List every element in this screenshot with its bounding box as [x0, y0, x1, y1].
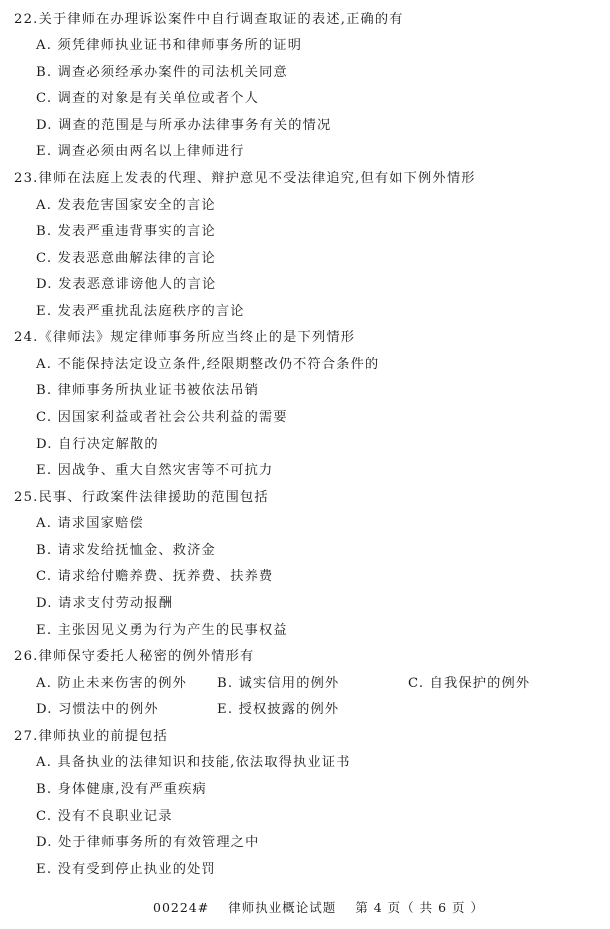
exam-page: 22.关于律师在办理诉讼案件中自行调查取证的表述,正确的有 A. 须凭律师执业证… [0, 0, 610, 929]
option-23-e: E. 发表严重扰乱法庭秩序的言论 [36, 303, 245, 321]
option-24-a: A. 不能保持法定设立条件,经限期整改仍不符合条件的 [36, 356, 379, 374]
question-number: 24. [14, 330, 39, 345]
option-22-b: B. 调查必须经承办案件的司法机关同意 [36, 64, 288, 82]
page-footer: 00224# 律师执业概论试题 第 4 页（ 共 6 页 ） [153, 899, 498, 917]
question-25-stem: 25.民事、行政案件法律援助的范围包括 [14, 489, 269, 507]
exam-title: 律师执业概论试题 [228, 900, 336, 915]
exam-code: 00224# [153, 900, 209, 915]
option-25-d: D. 请求支付劳动报酬 [36, 595, 173, 613]
option-24-c: C. 因国家利益或者社会公共利益的需要 [36, 409, 288, 427]
option-22-c: C. 调查的对象是有关单位或者个人 [36, 90, 259, 108]
question-number: 25. [14, 490, 39, 505]
option-27-d: D. 处于律师事务所的有效管理之中 [36, 834, 260, 852]
question-26-stem: 26.律师保守委托人秘密的例外情形有 [14, 648, 254, 666]
option-22-e: E. 调查必须由两名以上律师进行 [36, 143, 245, 161]
option-27-b: B. 身体健康,没有严重疾病 [36, 781, 207, 799]
option-27-e: E. 没有受到停止执业的处罚 [36, 861, 216, 879]
question-24-stem: 24.《律师法》规定律师事务所应当终止的是下列情形 [14, 329, 355, 347]
question-22-stem: 22.关于律师在办理诉讼案件中自行调查取证的表述,正确的有 [14, 11, 404, 29]
question-number: 23. [14, 171, 39, 186]
question-text: 律师在法庭上发表的代理、辩护意见不受法律追究,但有如下例外情形 [39, 171, 476, 186]
option-23-b: B. 发表严重违背事实的言论 [36, 223, 216, 241]
question-27-stem: 27.律师执业的前提包括 [14, 728, 168, 746]
question-text: 关于律师在办理诉讼案件中自行调查取证的表述,正确的有 [39, 12, 404, 27]
option-26-c: C. 自我保护的例外 [408, 675, 530, 693]
question-number: 22. [14, 12, 39, 27]
question-number: 27. [14, 729, 39, 744]
option-25-a: A. 请求国家赔偿 [36, 515, 144, 533]
option-24-d: D. 自行决定解散的 [36, 436, 159, 454]
option-25-e: E. 主张因见义勇为行为产生的民事权益 [36, 622, 288, 640]
option-25-b: B. 请求发给抚恤金、救济金 [36, 542, 216, 560]
option-23-d: D. 发表恶意诽谤他人的言论 [36, 276, 216, 294]
question-23-stem: 23.律师在法庭上发表的代理、辩护意见不受法律追究,但有如下例外情形 [14, 170, 476, 188]
option-26-a: A. 防止未来伤害的例外 [36, 675, 187, 693]
option-26-e: E. 授权披露的例外 [217, 701, 339, 719]
option-26-d: D. 习惯法中的例外 [36, 701, 159, 719]
option-24-e: E. 因战争、重大自然灾害等不可抗力 [36, 462, 273, 480]
question-number: 26. [14, 649, 39, 664]
option-24-b: B. 律师事务所执业证书被依法吊销 [36, 382, 259, 400]
question-text: 律师执业的前提包括 [39, 729, 169, 744]
option-23-a: A. 发表危害国家安全的言论 [36, 197, 216, 215]
page-number: 第 4 页（ 共 6 页 ） [355, 900, 484, 915]
option-25-c: C. 请求给付赡养费、抚养费、扶养费 [36, 568, 273, 586]
option-27-a: A. 具备执业的法律知识和技能,依法取得执业证书 [36, 754, 351, 772]
option-26-b: B. 诚实信用的例外 [217, 675, 339, 693]
question-text: 律师保守委托人秘密的例外情形有 [39, 649, 255, 664]
option-23-c: C. 发表恶意曲解法律的言论 [36, 250, 216, 268]
option-27-c: C. 没有不良职业记录 [36, 808, 173, 826]
option-22-d: D. 调查的范围是与所承办法律事务有关的情况 [36, 117, 331, 135]
question-text: 民事、行政案件法律援助的范围包括 [39, 490, 269, 505]
question-text: 《律师法》规定律师事务所应当终止的是下列情形 [39, 330, 356, 345]
option-22-a: A. 须凭律师执业证书和律师事务所的证明 [36, 37, 302, 55]
